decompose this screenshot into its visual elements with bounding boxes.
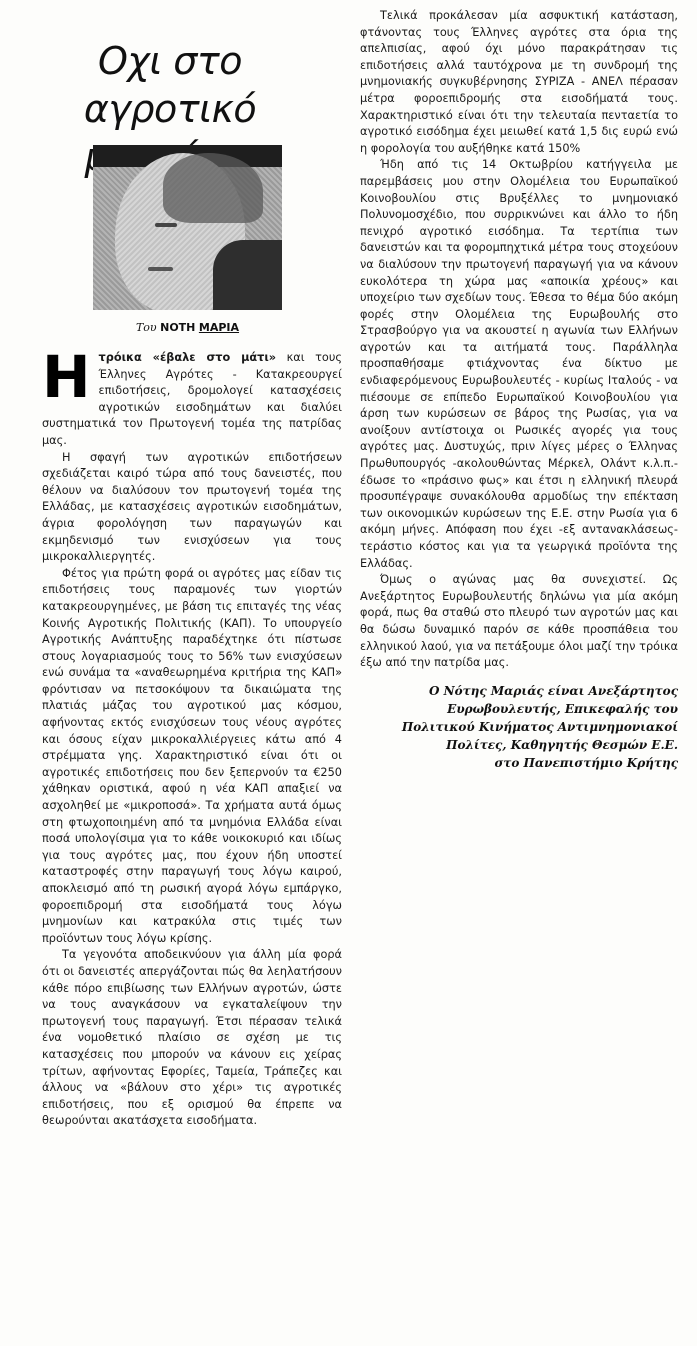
byline-last-name: ΜΑΡΙΑ bbox=[199, 321, 239, 334]
bio-line: Ευρωβουλευτής, Επικεφαλής του bbox=[360, 700, 678, 718]
body-paragraph: Η σφαγή των αγροτικών επιδοτήσεων σχεδιά… bbox=[42, 450, 342, 566]
photo-eye bbox=[155, 223, 177, 227]
bio-line: στο Πανεπιστήμιο Κρήτης bbox=[360, 754, 678, 772]
author-bio: Ο Νότης Μαριάς είναι Ανεξάρτητος Ευρωβου… bbox=[360, 682, 678, 772]
photo-coat bbox=[213, 240, 282, 310]
body-paragraph: Τα γεγονότα αποδεικνύουν για άλλη μία φο… bbox=[42, 947, 342, 1130]
photo-mouth bbox=[148, 267, 173, 271]
bio-line: Ο Νότης Μαριάς είναι Ανεξάρτητος bbox=[360, 682, 678, 700]
byline-first-name: ΝΟΤΗ bbox=[160, 321, 195, 334]
newspaper-page: Οχι στο αγροτικό μνημόνιο Του ΝΟΤΗ ΜΑΡΙΑ… bbox=[0, 0, 697, 1346]
bio-line: Πολίτες, Καθηγητής Θεσμών Ε.Ε. bbox=[360, 736, 678, 754]
title-line-1: Οχι στο αγροτικό bbox=[84, 39, 256, 131]
column-right: Τελικά προκάλεσαν μία ασφυκτική κατάστασ… bbox=[360, 8, 678, 772]
byline-prefix: Του bbox=[136, 321, 157, 334]
drop-cap: Η bbox=[42, 353, 91, 401]
column-left: Ητρόικα «έβαλε στο μάτι» και τους Έλληνε… bbox=[42, 350, 342, 1130]
author-photo bbox=[93, 145, 282, 310]
bio-line: Πολιτικού Κινήματος Αντιμνημονιακοί bbox=[360, 718, 678, 736]
body-paragraph: Τελικά προκάλεσαν μία ασφυκτική κατάστασ… bbox=[360, 8, 678, 157]
byline: Του ΝΟΤΗ ΜΑΡΙΑ bbox=[93, 321, 282, 334]
body-paragraph: Φέτος για πρώτη φορά οι αγρότες μας είδα… bbox=[42, 566, 342, 948]
lead-bold-text: τρόικα «έβαλε στο μάτι» bbox=[99, 351, 277, 364]
body-paragraph: Όμως ο αγώνας μας θα συνεχιστεί. Ως Ανεξ… bbox=[360, 572, 678, 672]
body-paragraph: Ήδη από τις 14 Οκτωβρίου κατήγγειλα με π… bbox=[360, 157, 678, 572]
lead-paragraph: Ητρόικα «έβαλε στο μάτι» και τους Έλληνε… bbox=[42, 350, 342, 450]
